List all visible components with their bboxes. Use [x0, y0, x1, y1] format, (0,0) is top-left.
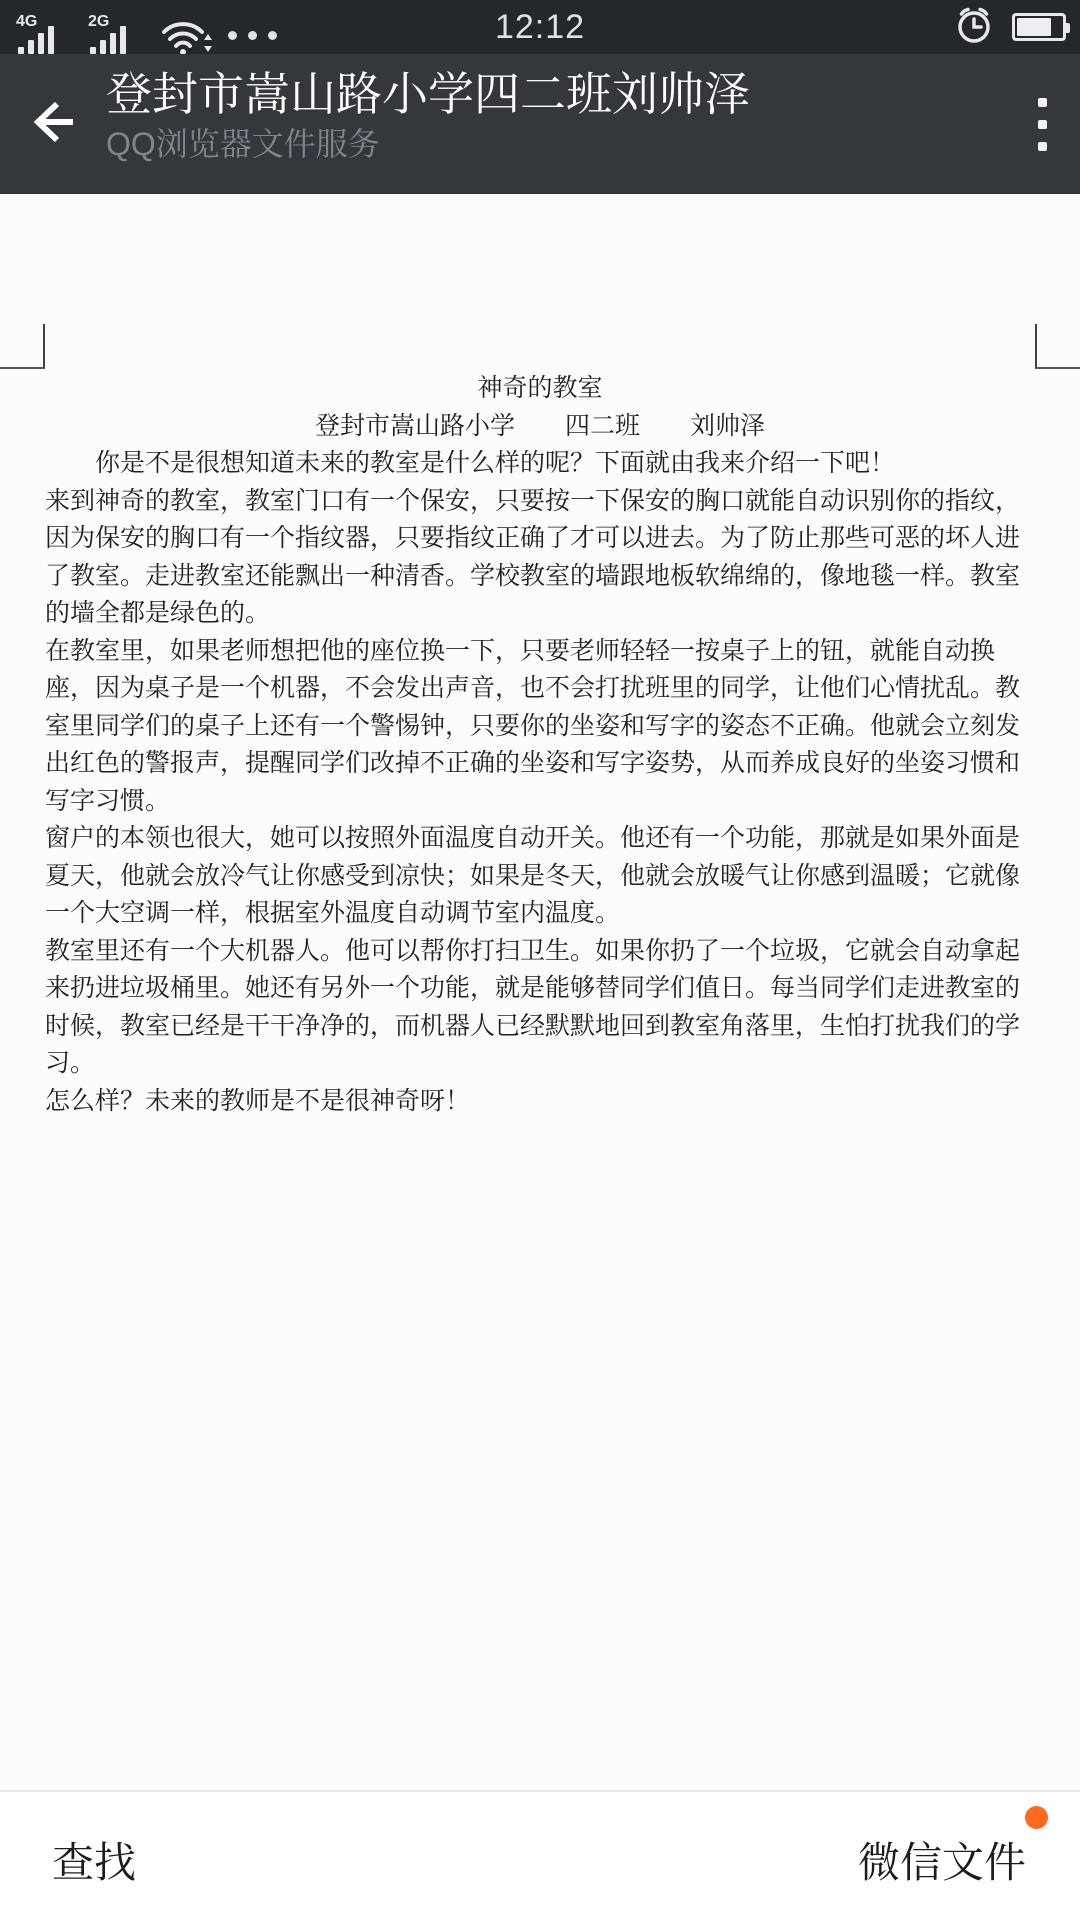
page-title: 登封市嵩山路小学四二班刘帅泽 [106, 66, 1004, 122]
alarm-icon [952, 3, 996, 52]
document-paragraph: 你是不是很想知道未来的教室是什么样的呢？下面就由我来介绍一下吧！ [45, 445, 1035, 483]
page-corner-mark-right [1035, 324, 1080, 369]
overflow-menu-button[interactable] [1004, 54, 1080, 194]
status-right-icons [952, 0, 1066, 54]
document-author-line: 登封市嵩山路小学 四二班 刘帅泽 [45, 408, 1035, 446]
document-content: 神奇的教室 登封市嵩山路小学 四二班 刘帅泽 你是不是很想知道未来的教室是什么样… [45, 370, 1035, 1120]
status-bar: 4G 2G 12:12 [0, 0, 1080, 54]
header-text: 登封市嵩山路小学四二班刘帅泽 QQ浏览器文件服务 [106, 54, 1004, 194]
document-paragraph: 怎么样？未来的教师是不是很神奇呀！ [45, 1083, 1035, 1121]
document-paragraph: 在教室里，如果老师想把他的座位换一下，只要老师轻轻一按桌子上的钮，就能自动换 座… [45, 633, 1035, 821]
document-paragraph: 教室里还有一个大机器人。他可以帮你打扫卫生。如果你扔了一个垃圾，它就会自动拿起 … [45, 933, 1035, 1083]
vertical-ellipsis-icon [1038, 98, 1047, 107]
phone-screen: 4G 2G 12:12 [0, 0, 1080, 1920]
wechat-files-button[interactable]: 微信文件 [858, 1830, 1040, 1890]
document-paragraph: 窗户的本领也很大，她可以按照外面温度自动开关。他还有一个功能，那就是如果外面是 … [45, 820, 1035, 933]
arrow-left-icon [26, 95, 80, 154]
page-corner-mark-left [0, 324, 45, 369]
battery-icon [1012, 13, 1066, 41]
document-paragraph: 来到神奇的教室，教室门口有一个保安，只要按一下保安的胸口就能自动识别你的指纹， … [45, 483, 1035, 633]
back-button[interactable] [0, 54, 106, 194]
document-title: 神奇的教室 [45, 370, 1035, 408]
find-button[interactable]: 查找 [52, 1830, 136, 1890]
bottom-toolbar: 查找 微信文件 [0, 1790, 1080, 1920]
status-time: 12:12 [0, 0, 1080, 54]
wechat-files-label: 微信文件 [858, 1839, 1026, 1886]
header: 登封市嵩山路小学四二班刘帅泽 QQ浏览器文件服务 [0, 54, 1080, 194]
document-viewer[interactable]: 神奇的教室 登封市嵩山路小学 四二班 刘帅泽 你是不是很想知道未来的教室是什么样… [0, 194, 1080, 1790]
notification-badge-dot [1025, 1806, 1048, 1829]
page-subtitle: QQ浏览器文件服务 [106, 124, 1004, 164]
